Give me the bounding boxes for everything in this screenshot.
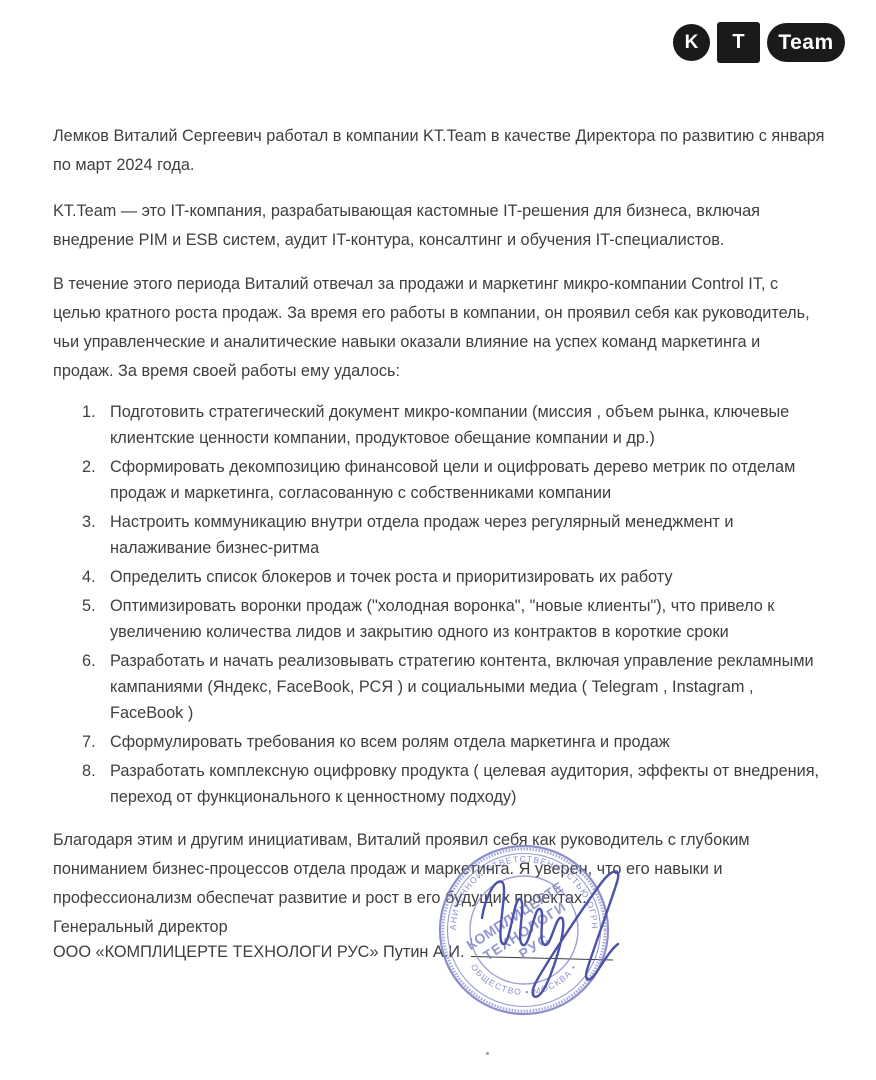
handwritten-signature <box>452 852 662 1012</box>
logo-pill-team: Team <box>767 23 845 62</box>
company-description-paragraph: KT.Team — это IT-компания, разрабатывающ… <box>53 197 825 255</box>
list-item: Сформулировать требования ко всем ролям … <box>53 729 825 755</box>
list-item: Оптимизировать воронки продаж ("холодная… <box>53 593 825 645</box>
logo-letter-t: T <box>732 31 744 54</box>
logo-letter-k: K <box>685 32 699 54</box>
list-item: Сформировать декомпозицию финансовой цел… <box>53 454 825 506</box>
role-description-paragraph: В течение этого периода Виталий отвечал … <box>53 270 825 386</box>
letter-body: Лемков Виталий Сергеевич работал в компа… <box>53 122 825 913</box>
achievements-list: Подготовить стратегический документ микр… <box>53 399 825 810</box>
intro-paragraph: Лемков Виталий Сергеевич работал в компа… <box>53 122 825 180</box>
signoff-company-and-name: ООО «КОМПЛИЦЕРТЕ ТЕХНОЛОГИ РУС» Путин А.… <box>53 943 465 961</box>
list-item: Разработать и начать реализовывать страт… <box>53 648 825 726</box>
scan-artifact-dot <box>486 1052 489 1055</box>
list-item: Разработать комплексную оцифровку продук… <box>53 758 825 810</box>
list-item: Подготовить стратегический документ микр… <box>53 399 825 451</box>
logo-circle-k: K <box>673 24 710 61</box>
list-item: Настроить коммуникацию внутри отдела про… <box>53 509 825 561</box>
list-item: Определить список блокеров и точек роста… <box>53 564 825 590</box>
logo-label-team: Team <box>778 31 833 55</box>
scanned-reference-letter: K T Team Лемков Виталий Сергеевич работа… <box>0 0 876 1080</box>
logo-square-t: T <box>717 22 760 63</box>
kt-team-logo: K T Team <box>673 22 845 63</box>
